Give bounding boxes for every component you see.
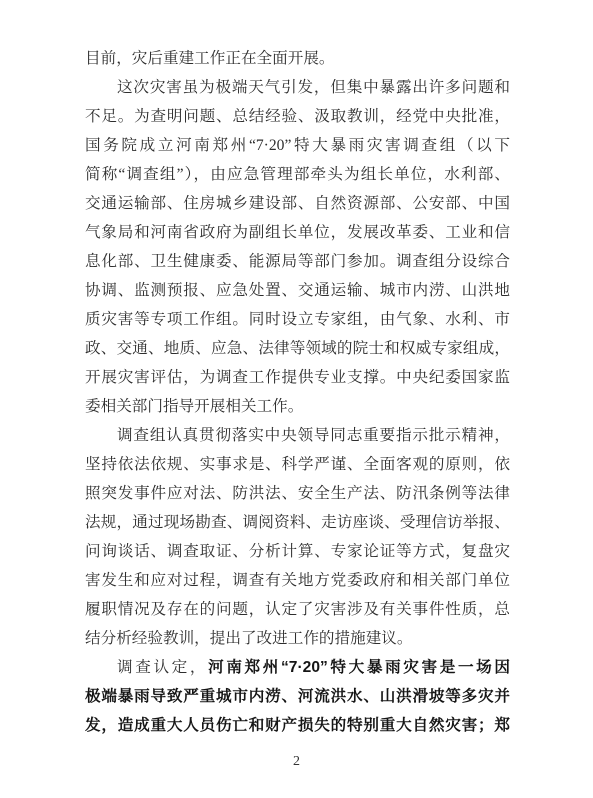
text-line: 这次灾害虽为极端天气引发，但集中暴露出许多问题和 — [85, 73, 510, 102]
text-line: 简称“调查组”），由应急管理部牵头为组长单位，水利部、 — [85, 160, 510, 189]
text-run: 调查组认真贯彻落实中央领导同志重要指示批示精神， — [117, 427, 510, 444]
text-run: 质灾害等专项工作组。同时设立专家组，由气象、水利、市 — [85, 311, 510, 328]
text-run: 目前，灾后重建工作正在全面开展。 — [85, 50, 335, 67]
text-run: 问询谈话、调查取证、分析计算、专家论证等方式，复盘灾 — [85, 543, 510, 560]
bold-text-run: 发，造成重大人员伤亡和财产损失的特别重大自然灾害；郑 — [85, 717, 510, 734]
text-line: 问询谈话、调查取证、分析计算、专家论证等方式，复盘灾 — [85, 537, 510, 566]
text-line: 发，造成重大人员伤亡和财产损失的特别重大自然灾害；郑 — [85, 711, 510, 740]
text-line: 交通运输部、住房城乡建设部、自然资源部、公安部、中国 — [85, 189, 510, 218]
document-body: 目前，灾后重建工作正在全面开展。这次灾害虽为极端天气引发，但集中暴露出许多问题和… — [85, 44, 510, 740]
text-line: 质灾害等专项工作组。同时设立专家组，由气象、水利、市 — [85, 305, 510, 334]
text-line: 国务院成立河南郑州“7·20”特大暴雨灾害调查组（以下 — [85, 131, 510, 160]
text-line: 极端暴雨导致严重城市内涝、河流洪水、山洪滑坡等多灾并 — [85, 682, 510, 711]
text-run: 委相关部门指导开展相关工作。 — [85, 398, 303, 415]
bold-text-run: 河南郑州“7·20”特大暴雨灾害是一场因 — [208, 659, 510, 676]
text-run: 简称“调查组”），由应急管理部牵头为组长单位，水利部、 — [85, 166, 510, 183]
text-line: 结分析经验教训，提出了改进工作的措施建议。 — [85, 624, 510, 653]
text-run: 这次灾害虽为极端天气引发，但集中暴露出许多问题和 — [117, 79, 510, 96]
bold-text-run: 极端暴雨导致严重城市内涝、河流洪水、山洪滑坡等多灾并 — [85, 688, 510, 705]
text-line: 坚持依法依规、实事求是、科学严谨、全面客观的原则，依 — [85, 450, 510, 479]
text-run: 结分析经验教训，提出了改进工作的措施建议。 — [85, 630, 412, 647]
paragraph: 调查组认真贯彻落实中央领导同志重要指示批示精神，坚持依法依规、实事求是、科学严谨… — [85, 421, 510, 653]
text-line: 法规，通过现场勘查、调阅资料、走访座谈、受理信访举报、 — [85, 508, 510, 537]
text-run: 协调、监测预报、应急处置、交通运输、城市内涝、山洪地 — [85, 282, 510, 299]
text-run: 国务院成立河南郑州“7·20”特大暴雨灾害调查组（以下 — [85, 137, 510, 154]
text-line: 息化部、卫生健康委、能源局等部门参加。调查组分设综合 — [85, 247, 510, 276]
text-line: 不足。为查明问题、总结经验、汲取教训，经党中央批准， — [85, 102, 510, 131]
paragraph: 调查认定，河南郑州“7·20”特大暴雨灾害是一场因极端暴雨导致严重城市内涝、河流… — [85, 653, 510, 740]
text-run: 气象局和河南省政府为副组长单位，发展改革委、工业和信 — [85, 224, 510, 241]
text-line: 目前，灾后重建工作正在全面开展。 — [85, 44, 510, 73]
text-run: 坚持依法依规、实事求是、科学严谨、全面客观的原则，依 — [85, 456, 510, 473]
text-run: 法规，通过现场勘查、调阅资料、走访座谈、受理信访举报、 — [85, 514, 510, 531]
paragraph: 目前，灾后重建工作正在全面开展。 — [85, 44, 510, 73]
text-run: 息化部、卫生健康委、能源局等部门参加。调查组分设综合 — [85, 253, 510, 270]
text-line: 照突发事件应对法、防洪法、安全生产法、防汛条例等法律 — [85, 479, 510, 508]
text-line: 协调、监测预报、应急处置、交通运输、城市内涝、山洪地 — [85, 276, 510, 305]
text-run: 政、交通、地质、应急、法律等领域的院士和权威专家组成， — [85, 340, 510, 357]
text-run: 不足。为查明问题、总结经验、汲取教训，经党中央批准， — [85, 108, 510, 125]
text-line: 气象局和河南省政府为副组长单位，发展改革委、工业和信 — [85, 218, 510, 247]
text-run: 开展灾害评估，为调查工作提供专业支撑。中央纪委国家监 — [85, 369, 510, 386]
text-run: 调查认定， — [117, 659, 208, 676]
document-page: 目前，灾后重建工作正在全面开展。这次灾害虽为极端天气引发，但集中暴露出许多问题和… — [0, 0, 593, 798]
paragraph: 这次灾害虽为极端天气引发，但集中暴露出许多问题和不足。为查明问题、总结经验、汲取… — [85, 73, 510, 421]
text-line: 调查组认真贯彻落实中央领导同志重要指示批示精神， — [85, 421, 510, 450]
text-line: 政、交通、地质、应急、法律等领域的院士和权威专家组成， — [85, 334, 510, 363]
page-number: 2 — [0, 754, 593, 770]
text-line: 履职情况及存在的问题，认定了灾害涉及有关事件性质，总 — [85, 595, 510, 624]
text-run: 害发生和应对过程，调查有关地方党委政府和相关部门单位 — [85, 572, 510, 589]
text-line: 委相关部门指导开展相关工作。 — [85, 392, 510, 421]
text-run: 交通运输部、住房城乡建设部、自然资源部、公安部、中国 — [85, 195, 510, 212]
text-line: 害发生和应对过程，调查有关地方党委政府和相关部门单位 — [85, 566, 510, 595]
text-line: 开展灾害评估，为调查工作提供专业支撑。中央纪委国家监 — [85, 363, 510, 392]
text-line: 调查认定，河南郑州“7·20”特大暴雨灾害是一场因 — [85, 653, 510, 682]
text-run: 照突发事件应对法、防洪法、安全生产法、防汛条例等法律 — [85, 485, 510, 502]
text-run: 履职情况及存在的问题，认定了灾害涉及有关事件性质，总 — [85, 601, 510, 618]
